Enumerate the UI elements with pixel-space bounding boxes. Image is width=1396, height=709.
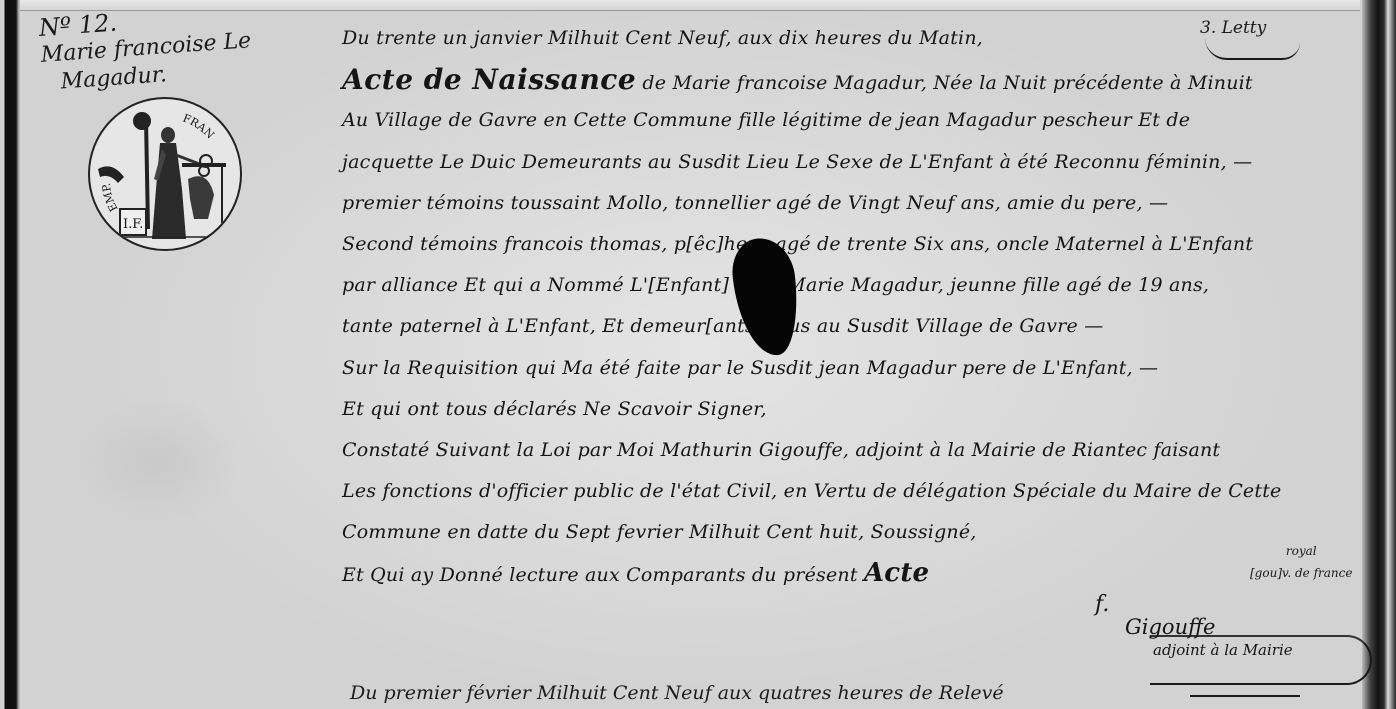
record-line: Et Qui ay Donné lecture aux Comparants d… bbox=[342, 553, 1372, 594]
next-entry-partial: Du premier février Milhuit Cent Neuf aux… bbox=[350, 682, 1004, 704]
paraph-mark: f. bbox=[1095, 592, 1109, 617]
record-line: Acte de Naissance de Marie francoise Mag… bbox=[342, 59, 1372, 100]
signature-underline bbox=[1190, 695, 1300, 697]
seal-text-right: FRAN bbox=[181, 112, 217, 142]
record-line: Au Village de Gavre en Cette Commune fil… bbox=[342, 100, 1372, 141]
signature-role: adjoint à la Mairie bbox=[1153, 641, 1293, 659]
record-line: Sur la Requisition qui Ma été faite par … bbox=[342, 348, 1372, 389]
imperial-stamp-seal: EMP. FRAN I.F. bbox=[88, 97, 242, 251]
addendum-line-2: [gou]v. de france bbox=[1250, 562, 1352, 584]
record-line: Second témoins francois thomas, p[êc]heu… bbox=[342, 224, 1372, 265]
record-line: Et qui ont tous déclarés Ne Scavoir Sign… bbox=[342, 389, 1372, 430]
record-line: par alliance Et qui a Nommé L'[Enfant] a… bbox=[342, 265, 1372, 306]
record-line: Commune en datte du Sept fevrier Milhuit… bbox=[342, 512, 1372, 553]
record-title: Acte de Naissance bbox=[342, 63, 636, 96]
record-line: Constaté Suivant la Loi par Moi Mathurin… bbox=[342, 430, 1372, 471]
scanned-register-page: Nº 12. Marie francoise Le Magadur. EMP. … bbox=[0, 0, 1396, 709]
official-signature: Gigouffe adjoint à la Mairie bbox=[1125, 615, 1293, 659]
record-line: Les fonctions d'officier public de l'éta… bbox=[342, 471, 1372, 512]
margin-addendum: royal [gou]v. de france bbox=[1250, 540, 1352, 584]
left-binding-edge bbox=[0, 0, 20, 709]
seal-figure-icon: EMP. FRAN I.F. bbox=[90, 99, 240, 249]
record-line: premier témoins toussaint Mollo, tonnell… bbox=[342, 183, 1372, 224]
svg-text:EMP.: EMP. bbox=[100, 182, 121, 213]
record-line-text: de Marie francoise Magadur, Née la Nuit … bbox=[636, 72, 1253, 94]
record-line: tante paternel à L'Enfant, Et demeur[ant… bbox=[342, 306, 1372, 347]
signature-name: Gigouffe bbox=[1125, 615, 1293, 639]
seal-shield-text: I.F. bbox=[123, 217, 143, 232]
record-body: Du trente un janvier Milhuit Cent Neuf, … bbox=[342, 18, 1372, 595]
record-line: jacquette Le Duic Demeurants au Susdit L… bbox=[342, 142, 1372, 183]
seal-text-left: EMP. bbox=[100, 182, 121, 213]
margin-annotation: Nº 12. Marie francoise Le Magadur. bbox=[38, 0, 303, 98]
svg-text:FRAN: FRAN bbox=[181, 112, 217, 142]
acte-word: Acte bbox=[864, 558, 929, 588]
record-line-text: Et Qui ay Donné lecture aux Comparants d… bbox=[342, 564, 864, 586]
addendum-line-1: royal bbox=[1250, 540, 1352, 562]
record-line: Du trente un janvier Milhuit Cent Neuf, … bbox=[342, 18, 1372, 59]
